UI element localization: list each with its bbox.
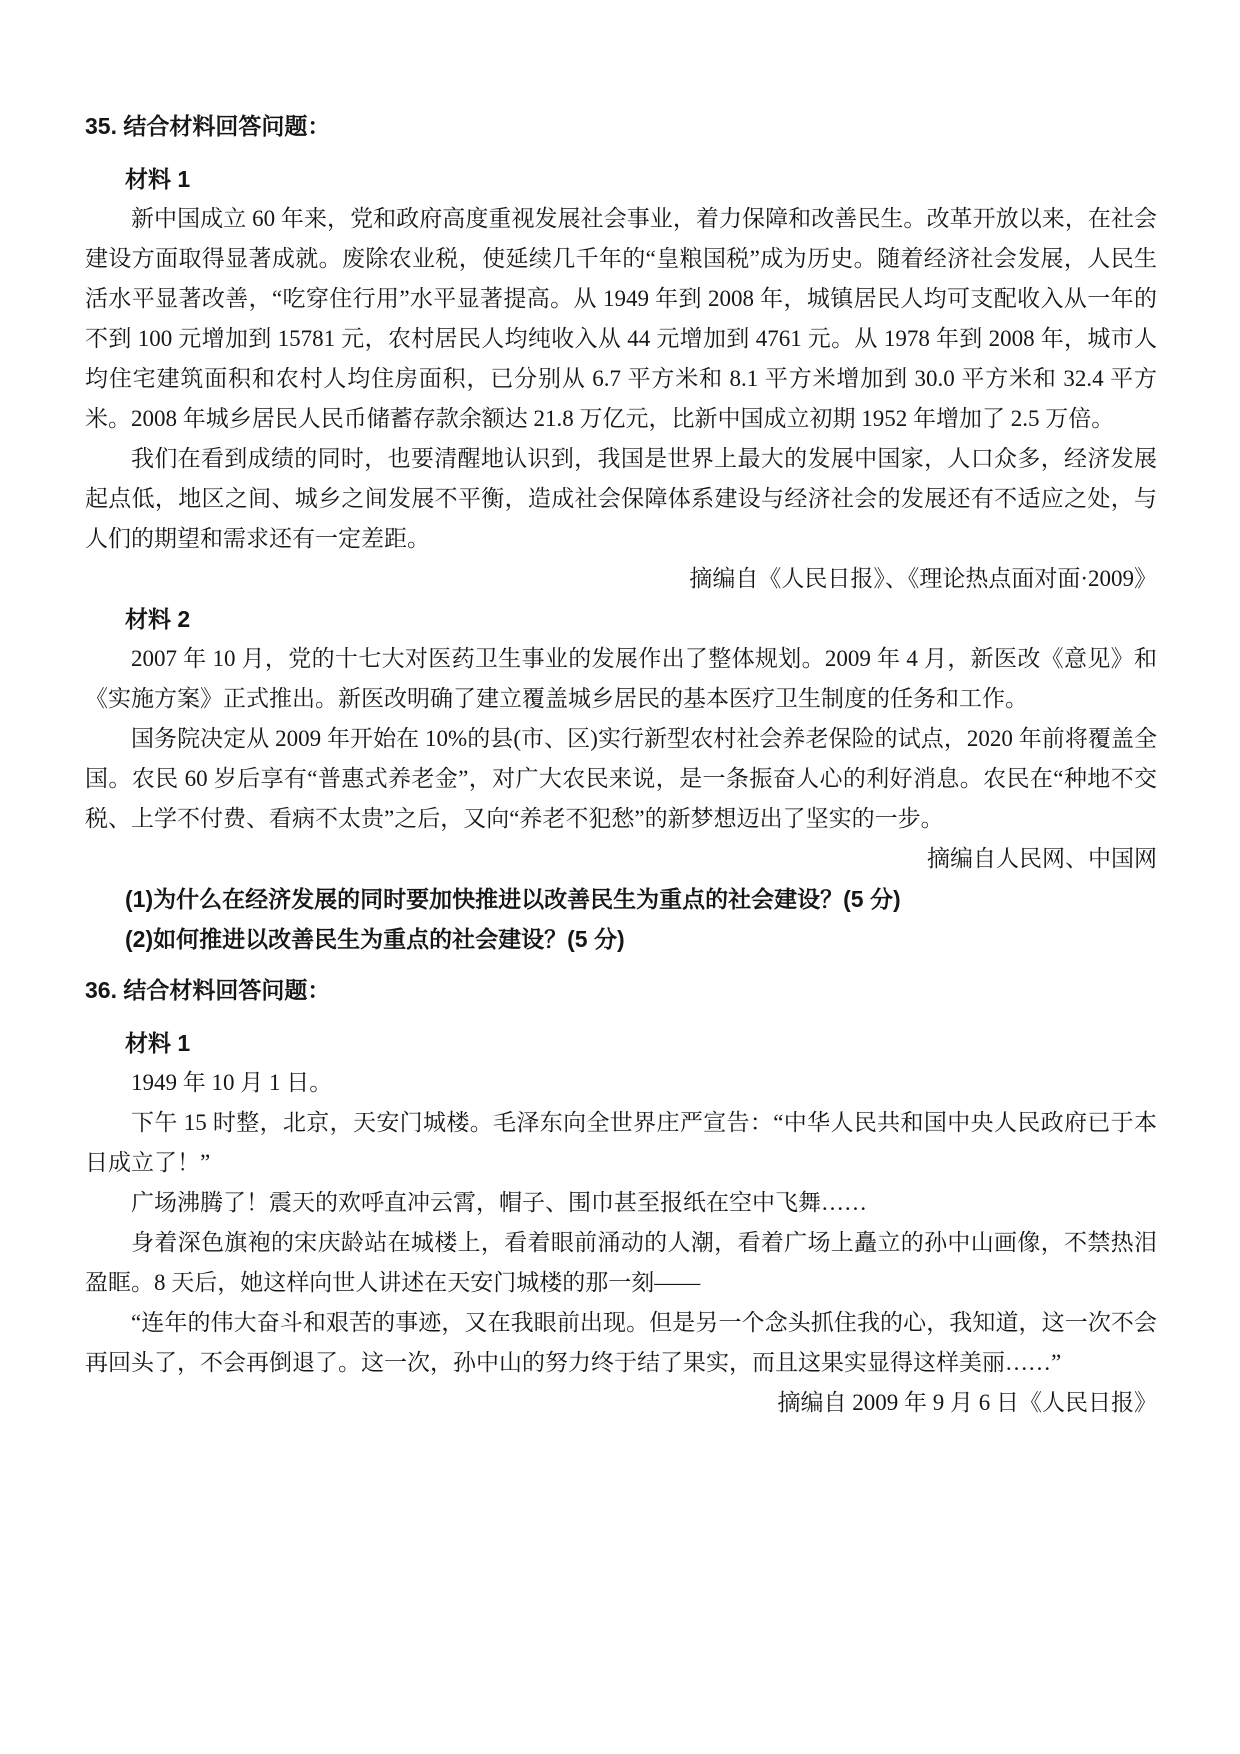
q36-material-1-paragraph: 下午 15 时整，北京，天安门城楼。毛泽东向全世界庄严宣告：“中华人民共和国中央… xyxy=(85,1103,1157,1183)
q36-material-1-source: 摘编自 2009 年 9 月 6 日《人民日报》 xyxy=(85,1383,1157,1423)
exam-page: 35. 结合材料回答问题： 材料 1 新中国成立 60 年来，党和政府高度重视发… xyxy=(0,0,1240,1754)
q35-material-2-paragraph: 国务院决定从 2009 年开始在 10%的县(市、区)实行新型农村社会养老保险的… xyxy=(85,719,1157,839)
q35-subquestion-1: (1)为什么在经济发展的同时要加快推进以改善民生为重点的社会建设？(5 分) xyxy=(125,879,1157,919)
q35-material-1-paragraph: 新中国成立 60 年来，党和政府高度重视发展社会事业，着力保障和改善民生。改革开… xyxy=(85,199,1157,439)
question-36: 36. 结合材料回答问题： 材料 1 1949 年 10 月 1 日。 下午 1… xyxy=(85,970,1157,1423)
q36-material-1-label: 材料 1 xyxy=(125,1023,1157,1063)
q36-material-1-paragraph: 广场沸腾了！震天的欢呼直冲云霄，帽子、围巾甚至报纸在空中飞舞…… xyxy=(85,1183,1157,1223)
q36-material-1-paragraph: 身着深色旗袍的宋庆龄站在城楼上，看着眼前涌动的人潮，看着广场上矗立的孙中山画像，… xyxy=(85,1223,1157,1303)
q35-material-1-label: 材料 1 xyxy=(125,159,1157,199)
question-35-heading: 35. 结合材料回答问题： xyxy=(85,106,1157,146)
q35-material-1-source: 摘编自《人民日报》、《理论热点面对面·2009》 xyxy=(85,559,1157,599)
q35-subquestion-2: (2)如何推进以改善民生为重点的社会建设？(5 分) xyxy=(125,919,1157,959)
q36-material-1-paragraph: 1949 年 10 月 1 日。 xyxy=(85,1063,1157,1103)
question-35: 35. 结合材料回答问题： 材料 1 新中国成立 60 年来，党和政府高度重视发… xyxy=(85,106,1157,959)
q35-material-2-source: 摘编自人民网、中国网 xyxy=(85,839,1157,879)
q35-material-2-label: 材料 2 xyxy=(125,599,1157,639)
q36-material-1-paragraph: “连年的伟大奋斗和艰苦的事迹，又在我眼前出现。但是另一个念头抓住我的心，我知道，… xyxy=(85,1303,1157,1383)
q35-material-2-paragraph: 2007 年 10 月，党的十七大对医药卫生事业的发展作出了整体规划。2009 … xyxy=(85,639,1157,719)
question-36-heading: 36. 结合材料回答问题： xyxy=(85,970,1157,1010)
q35-material-1-paragraph: 我们在看到成绩的同时，也要清醒地认识到，我国是世界上最大的发展中国家，人口众多，… xyxy=(85,439,1157,559)
